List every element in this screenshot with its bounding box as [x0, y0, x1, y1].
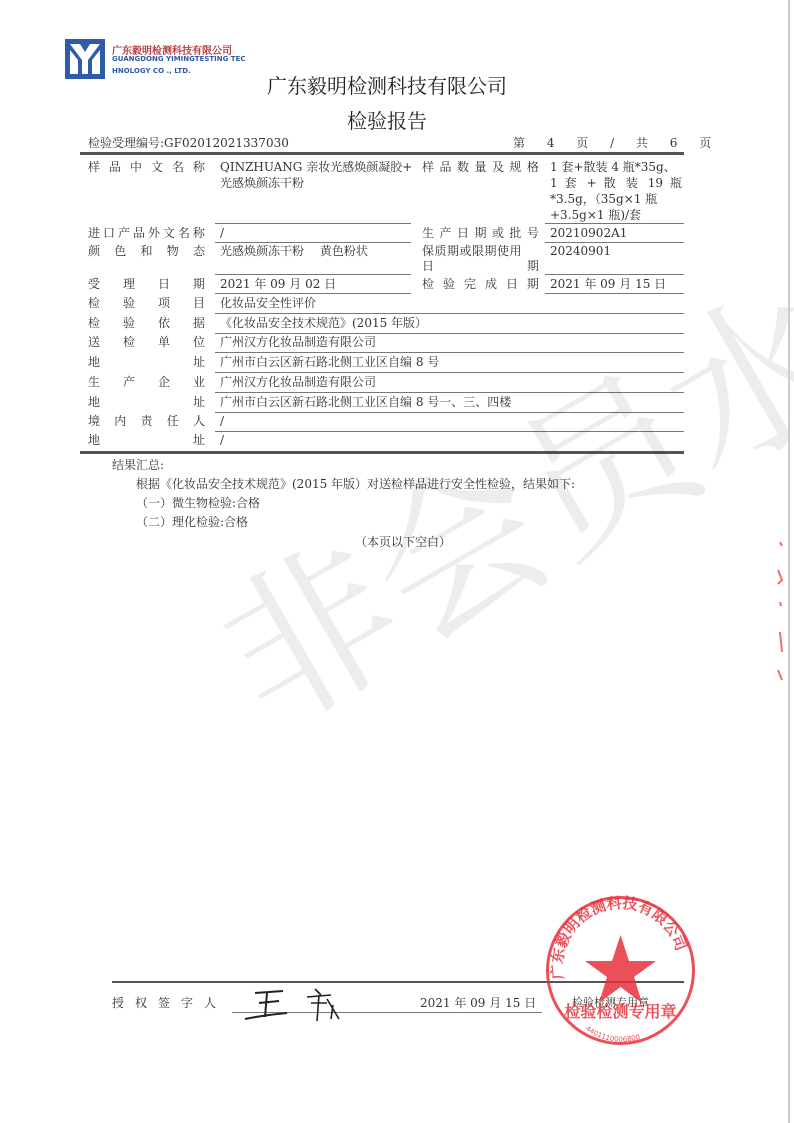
value-manufacturer-address: 广州市白云区新石路北侧工业区自编 8 号一、三、四楼	[220, 394, 511, 410]
value-import-name: /	[220, 225, 224, 241]
label-production-date: 生产日期或批号	[422, 225, 539, 241]
summary-title: 结果汇总:	[112, 457, 164, 473]
svg-text:4401110006800: 4401110006800	[584, 1025, 641, 1044]
rule	[215, 392, 684, 393]
label-sample-name-cn: 样品中文名称	[88, 159, 205, 175]
value-sample-qty-3: *3.5g，（35g×1 瓶	[550, 191, 657, 207]
acceptance-number-label: 检验受理编号:	[88, 136, 164, 150]
summary-item-physicochemical: （二）理化检验:合格	[136, 514, 248, 530]
value-sample-qty-2: 1 套 + 散 装 19 瓶	[550, 175, 682, 191]
table-top-rule	[80, 152, 684, 155]
value-sample-qty-4: +3.5g×1 瓶)/套	[550, 207, 641, 223]
value-submitter: 广州汉方化妆品制造有限公司	[220, 334, 376, 350]
summary-intro: 根据《化妆品安全技术规范》(2015 年版）对送检样品进行安全性检验，结果如下:	[136, 476, 575, 492]
svg-text:检验检测专用章: 检验检测专用章	[564, 1002, 676, 1021]
rule	[545, 274, 684, 275]
rule	[215, 223, 411, 224]
blank-note: （本页以下空白）	[355, 534, 451, 550]
value-production-date: 20210902A1	[550, 225, 627, 241]
signature-icon	[235, 985, 355, 1025]
label-receive-date: 受理日期	[88, 276, 205, 292]
company-title: 广东毅明检测科技有限公司	[0, 70, 784, 99]
signer-label: 授权签字人	[112, 995, 227, 1011]
label-sample-qty: 样品数量及规格	[422, 159, 539, 175]
official-seal-icon: 广东毅明检测科技有限公司 检验检测专用章 4401110006800	[543, 893, 698, 1048]
acceptance-number-value: GF02012021337030	[164, 136, 289, 150]
rule	[215, 352, 684, 353]
page-indicator: 第 4 页 / 共 6 页	[513, 134, 720, 151]
label-submitter: 送检单位	[88, 334, 205, 350]
rule	[545, 223, 684, 224]
label-test-item: 检验项目	[88, 295, 205, 311]
rule	[215, 431, 684, 432]
report-title: 检验报告	[0, 105, 784, 134]
label-submitter-address: 地址	[88, 354, 205, 370]
summary-item-microbiology: （一）微生物检验:合格	[136, 495, 260, 511]
label-import-name: 进口产品外文名称	[88, 225, 205, 241]
rule	[215, 293, 411, 294]
label-responsible-address: 地址	[88, 432, 205, 448]
label-test-basis: 检验依据	[88, 315, 205, 331]
value-receive-date: 2021 年 09 月 02 日	[220, 276, 336, 292]
label-color-state: 颜色和物态	[88, 243, 205, 259]
rule	[215, 274, 411, 275]
rule	[215, 412, 684, 413]
value-submitter-address: 广州市白云区新石路北侧工业区自编 8 号	[220, 354, 439, 370]
value-color-state: 光感焕颜冻干粉 黄色粉状	[220, 243, 368, 259]
sign-date: 2021 年 09 月 15 日	[420, 995, 536, 1011]
value-manufacturer: 广州汉方化妆品制造有限公司	[220, 374, 376, 390]
label-domestic-responsible: 境内责任人	[88, 413, 205, 429]
value-test-basis: 《化妆品安全技术规范》(2015 年版）	[220, 315, 427, 331]
logo-company-name-en: GUANGDONG YIMINGTESTING TEC	[112, 55, 245, 63]
label-manufacturer: 生产企业	[88, 374, 205, 390]
seam-seal-fragment-icon	[770, 530, 788, 710]
label-manufacturer-address: 地址	[88, 394, 205, 410]
rule	[215, 313, 684, 314]
value-sample-qty-1: 1 套+散装 4 瓶*35g、	[550, 159, 676, 175]
label-complete-date: 检验完成日期	[422, 276, 539, 292]
value-responsible-address: /	[220, 432, 224, 448]
rule	[545, 293, 684, 294]
acceptance-number: 检验受理编号:GF02012021337030	[88, 134, 289, 151]
rule	[215, 372, 684, 373]
value-complete-date: 2021 年 09 月 15 日	[550, 276, 666, 292]
value-sample-name-cn-1: QINZHUANG 亲妆光感焕颜凝胶+	[220, 159, 412, 175]
label-shelf-life: 保质期或限期使用	[422, 243, 539, 259]
value-shelf-life: 20240901	[550, 243, 611, 259]
page-edge	[788, 0, 790, 1123]
value-sample-name-cn-2: 光感焕颜冻干粉	[220, 175, 304, 191]
table-bottom-rule	[80, 451, 684, 454]
value-test-item: 化妆品安全性评价	[220, 295, 316, 311]
value-domestic-responsible: /	[220, 413, 224, 429]
label-shelf-life-2: 日期	[422, 258, 539, 274]
